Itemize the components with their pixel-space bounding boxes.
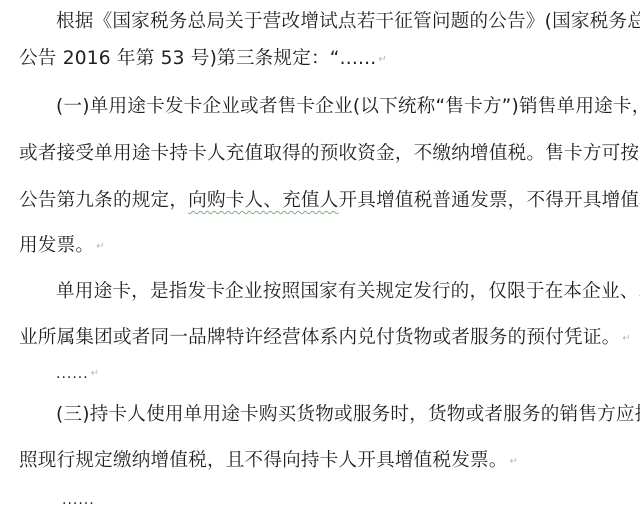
- ellipsis-text: ......: [62, 492, 95, 508]
- text-line: 或者接受单用途卡持卡人充值取得的预收资金，不缴纳增值税。售卡方可按照本: [19, 142, 640, 166]
- text-line-content: 公告第九条的规定，: [19, 190, 188, 211]
- text-line: ......: [62, 487, 95, 512]
- text-line-content: 用发票。: [19, 235, 94, 256]
- text-line: (一)单用途卡发卡企业或者售卡企业(以下统称“售卡方”)销售单用途卡，: [56, 95, 640, 119]
- text-line: 公告第九条的规定，向购卡人、充值人开具增值税普通发票，不得开具增值税专: [19, 189, 640, 213]
- text-line-content: 业所属集团或者同一品牌特许经营体系内兑付货物或者服务的预付凭证。: [19, 327, 620, 348]
- text-line-content: 或者接受单用途卡持卡人充值取得的预收资金，不缴纳增值税。售卡方可按照本: [19, 143, 640, 164]
- text-line-content: 公告 2016 年第 53 号)第三条规定：“......: [19, 48, 376, 69]
- text-line: 单用途卡，是指发卡企业按照国家有关规定发行的，仅限于在本企业、本企: [56, 280, 640, 304]
- paragraph-mark-icon: ↵: [622, 333, 631, 344]
- ellipsis-text: ......: [56, 366, 89, 382]
- text-line-content: 根据《国家税务总局关于营改增试点若干征管问题的公告》(国家税务总局: [56, 11, 640, 32]
- document-page: 根据《国家税务总局关于营改增试点若干征管问题的公告》(国家税务总局 公告 201…: [0, 0, 640, 516]
- paragraph-mark-icon: ↵: [96, 241, 105, 252]
- text-line: (三)持卡人使用单用途卡购买货物或服务时，货物或者服务的销售方应按: [56, 403, 640, 427]
- text-line-content: 单用途卡，是指发卡企业按照国家有关规定发行的，仅限于在本企业、本企: [56, 281, 640, 302]
- paragraph-mark-icon: ↵: [378, 54, 387, 65]
- text-line-content: (三)持卡人使用单用途卡购买货物或服务时，货物或者服务的销售方应按: [56, 404, 640, 425]
- text-line-content: (一)单用途卡发卡企业或者售卡企业(以下统称“售卡方”)销售单用途卡，: [56, 96, 640, 117]
- text-line: ......↵: [56, 361, 99, 386]
- text-line: 公告 2016 年第 53 号)第三条规定：“......↵: [19, 47, 387, 72]
- grammar-underlined-text[interactable]: 向购卡人、充值人: [188, 190, 338, 211]
- text-line-content: 开具增值税普通发票，不得开具增值税专: [339, 190, 640, 211]
- paragraph-mark-icon: ↵: [91, 368, 100, 379]
- text-line: 业所属集团或者同一品牌特许经营体系内兑付货物或者服务的预付凭证。↵: [19, 326, 631, 351]
- text-line: 照现行规定缴纳增值税，且不得向持卡人开具增值税发票。↵: [19, 449, 518, 474]
- text-line-content: 照现行规定缴纳增值税，且不得向持卡人开具增值税发票。: [19, 450, 508, 471]
- paragraph-mark-icon: ↵: [510, 456, 519, 467]
- text-line: 用发票。↵: [19, 234, 105, 259]
- text-line: 根据《国家税务总局关于营改增试点若干征管问题的公告》(国家税务总局: [56, 10, 640, 34]
